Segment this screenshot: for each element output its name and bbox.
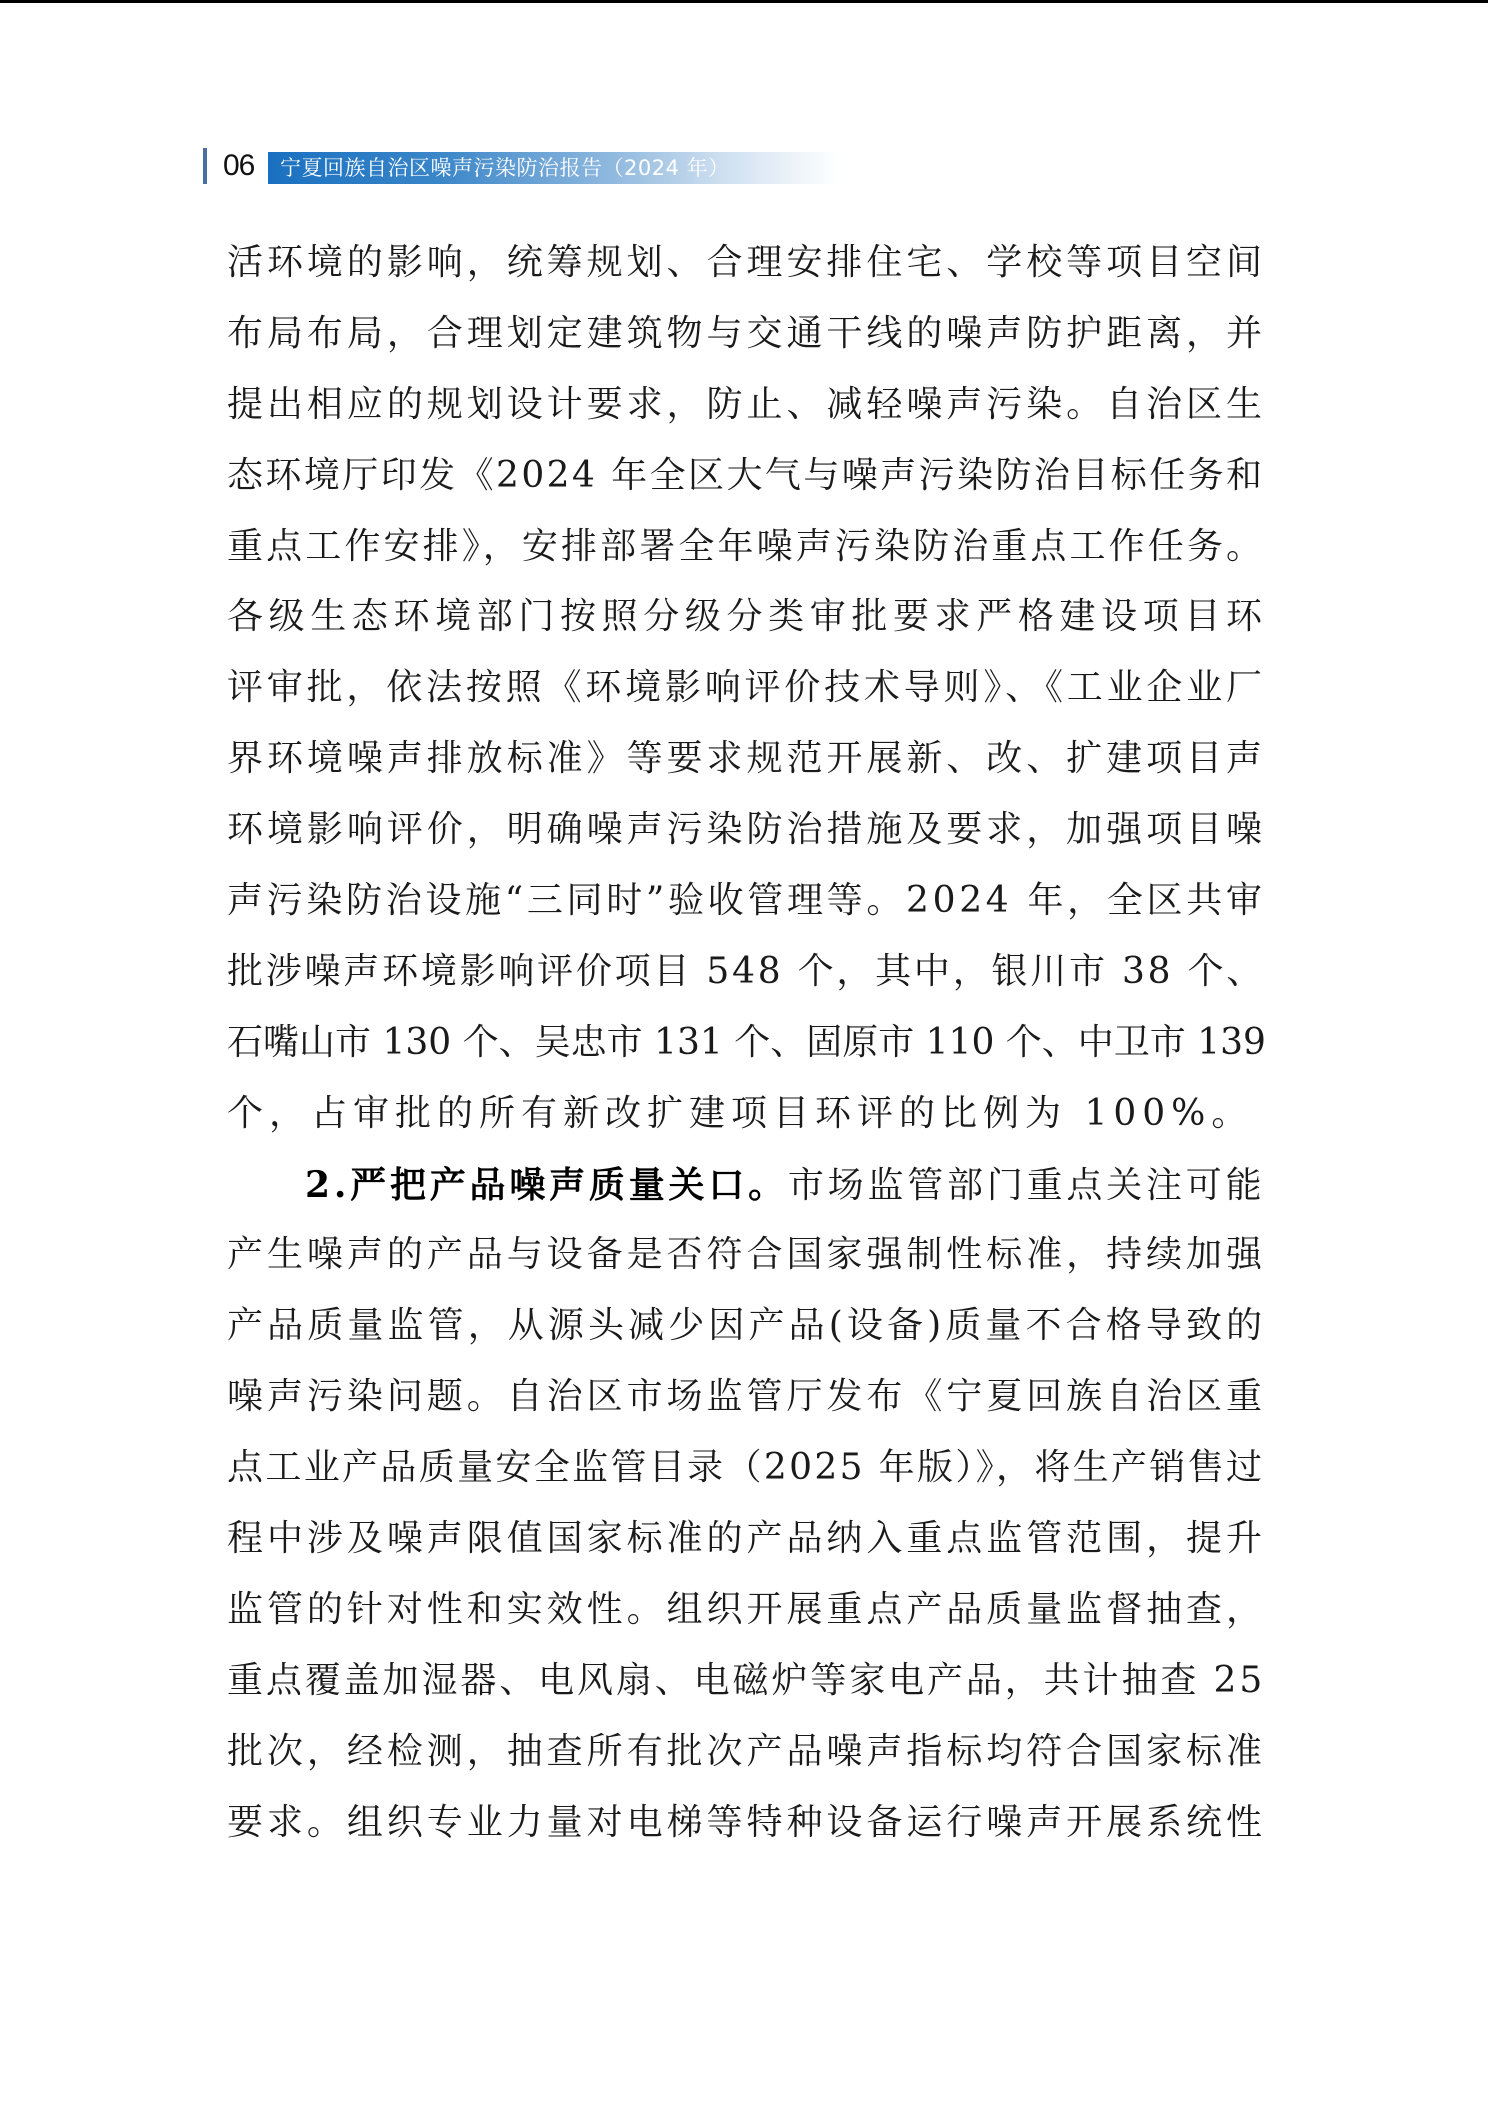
text-line: 产生噪声的产品与设备是否符合国家强制性标准，持续加强 [227,1220,1262,1291]
text-line: 批涉噪声环境影响评价项目 548 个，其中，银川市 38 个、 [227,937,1262,1008]
text-line: 评审批，依法按照《环境影响评价技术导则》、《工业企业厂 [227,653,1262,724]
top-border-rule [0,0,1488,3]
text-line: 要求。组织专业力量对电梯等特种设备运行噪声开展系统性 [227,1788,1262,1859]
text-line: 产品质量监管，从源头减少因产品(设备)质量不合格导致的 [227,1291,1262,1362]
paragraph-1: 活环境的影响，统筹规划、合理安排住宅、学校等项目空间 布局布局，合理划定建筑物与… [227,228,1262,1150]
paragraph-2-first-line: 2.严把产品噪声质量关口。市场监管部门重点关注可能 [227,1150,1262,1221]
section-heading: 2.严把产品噪声质量关口。 [305,1164,788,1206]
report-title: 宁夏回族自治区噪声污染防治报告（2024 年） [280,152,730,184]
header-title-band: 宁夏回族自治区噪声污染防治报告（2024 年） [268,152,838,184]
text-line: 个，占审批的所有新改扩建项目环评的比例为 100%。 [227,1079,1262,1150]
text-line: 态环境厅印发《2024 年全区大气与噪声污染防治目标任务和 [227,441,1262,512]
page-number: 06 [223,148,254,184]
text-line: 噪声污染问题。自治区市场监管厅发布《宁夏回族自治区重 [227,1362,1262,1433]
header-accent-bar [203,148,207,184]
paragraph-2: 2.严把产品噪声质量关口。市场监管部门重点关注可能 产生噪声的产品与设备是否符合… [227,1150,1262,1859]
text-run: 市场监管部门重点关注可能 [788,1165,1266,1206]
text-line: 界环境噪声排放标准》等要求规范开展新、改、扩建项目声 [227,724,1262,795]
text-line: 批次，经检测，抽查所有批次产品噪声指标均符合国家标准 [227,1717,1262,1788]
text-line: 声污染防治设施“三同时”验收管理等。2024 年，全区共审 [227,866,1262,937]
text-line: 活环境的影响，统筹规划、合理安排住宅、学校等项目空间 [227,228,1262,299]
text-line: 提出相应的规划设计要求，防止、减轻噪声污染。自治区生 [227,370,1262,441]
text-line: 点工业产品质量安全监管目录（2025 年版）》，将生产销售过 [227,1433,1262,1504]
text-line: 布局布局，合理划定建筑物与交通干线的噪声防护距离，并 [227,299,1262,370]
text-line: 监管的针对性和实效性。组织开展重点产品质量监督抽查， [227,1575,1262,1646]
text-line: 各级生态环境部门按照分级分类审批要求严格建设项目环 [227,582,1262,653]
text-line: 环境影响评价，明确噪声污染防治措施及要求，加强项目噪 [227,795,1262,866]
body-text: 活环境的影响，统筹规划、合理安排住宅、学校等项目空间 布局布局，合理划定建筑物与… [227,228,1262,1858]
page-header: 06 宁夏回族自治区噪声污染防治报告（2024 年） [203,148,843,184]
text-line: 程中涉及噪声限值国家标准的产品纳入重点监管范围，提升 [227,1504,1262,1575]
text-line: 重点工作安排》，安排部署全年噪声污染防治重点工作任务。 [227,512,1262,583]
text-line: 重点覆盖加湿器、电风扇、电磁炉等家电产品，共计抽查 25 [227,1646,1262,1717]
text-line: 石嘴山市 130 个、吴忠市 131 个、固原市 110 个、中卫市 139 [227,1008,1262,1079]
